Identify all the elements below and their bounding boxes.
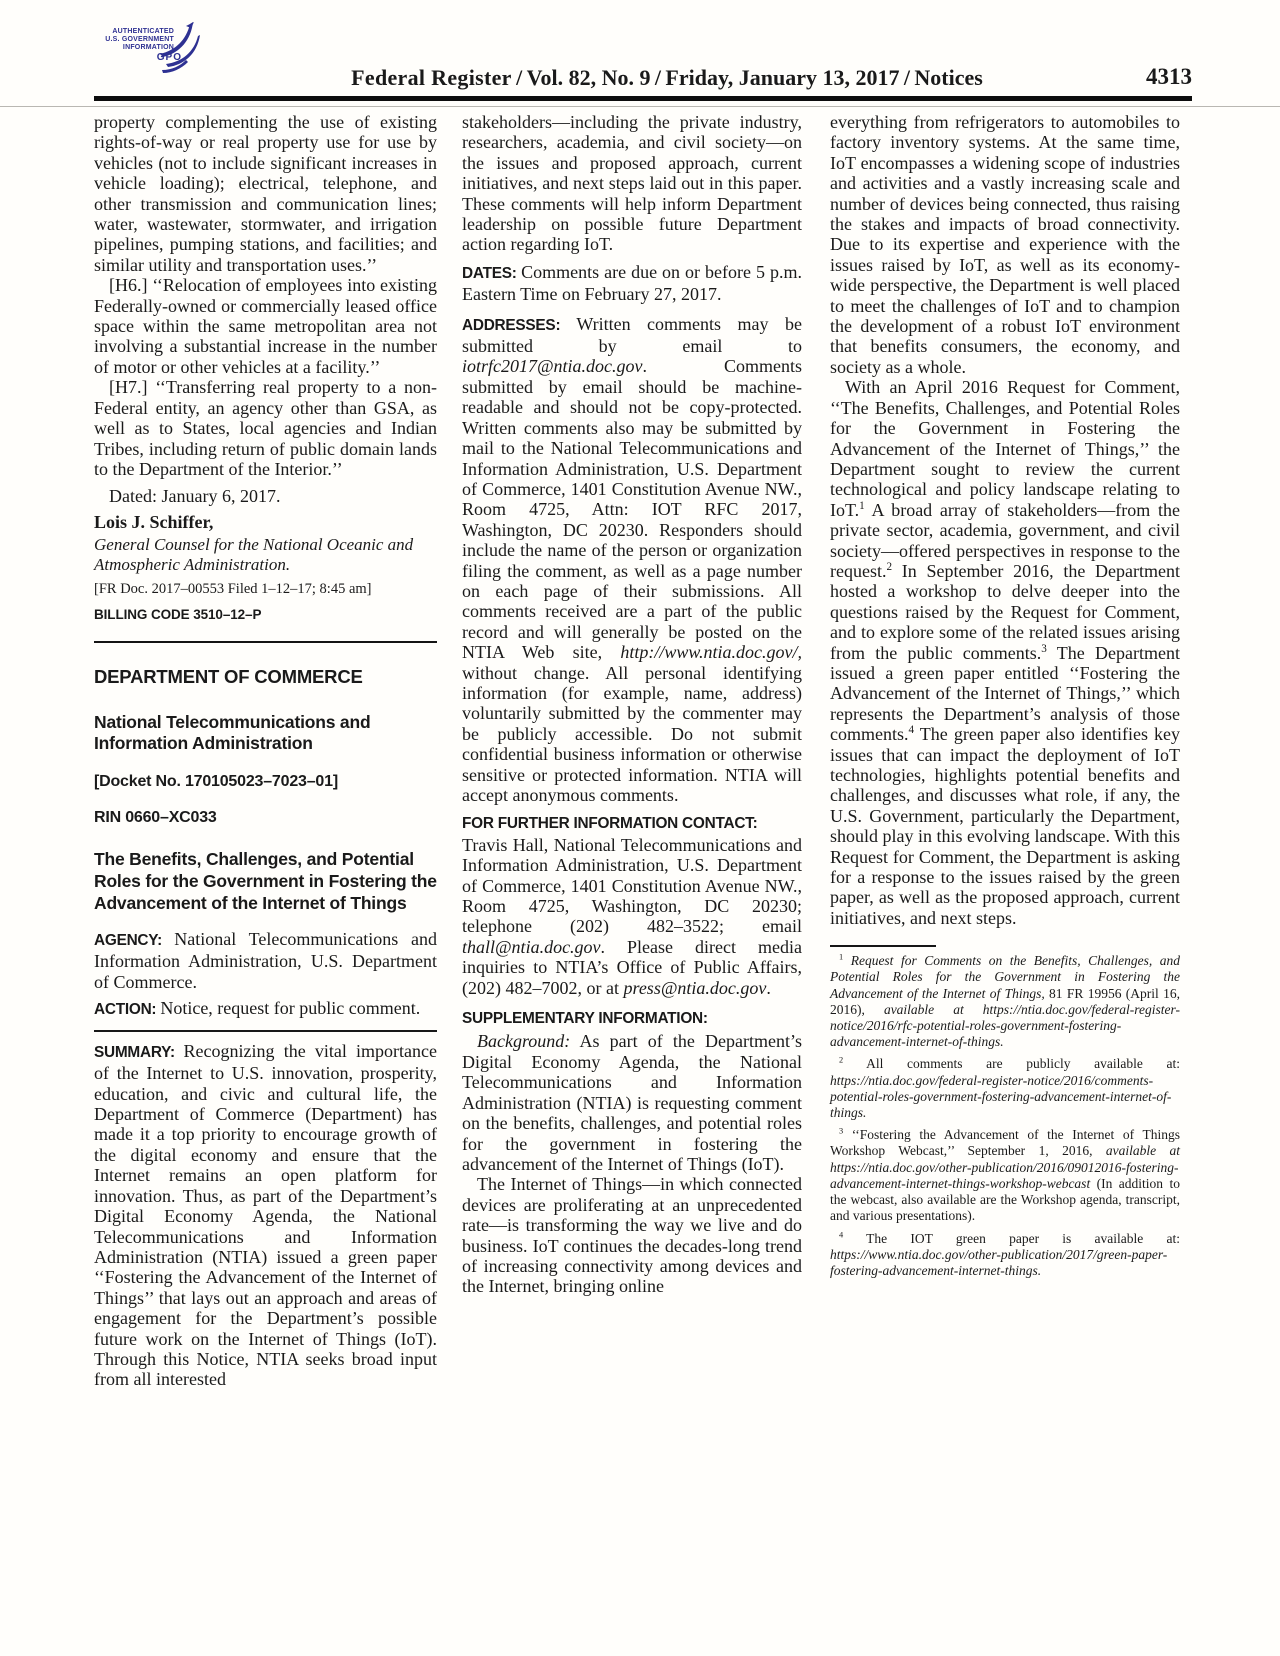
section-divider-rule xyxy=(94,641,437,643)
action-paragraph: ACTION: Notice, request for public comme… xyxy=(94,998,437,1020)
everything-continuation-paragraph: everything from refrigerators to automob… xyxy=(830,112,1180,377)
dated-line: Dated: January 6, 2017. xyxy=(94,486,437,506)
billing-code: BILLING CODE 3510–12–P xyxy=(94,607,437,622)
federal-register-page: AUTHENTICATED U.S. GOVERNMENT INFORMATIO… xyxy=(0,0,1280,1656)
footnote-1: 1 Request for Comments on the Benefits, … xyxy=(830,953,1180,1050)
footnote-rule xyxy=(830,945,936,947)
footnote-3: 3 ‘‘Fostering the Advancement of the Int… xyxy=(830,1127,1180,1224)
footnote-2: 2 All comments are publicly available at… xyxy=(830,1056,1180,1121)
stakeholders-continuation-paragraph: stakeholders—including the private indus… xyxy=(462,112,802,255)
agency-paragraph: AGENCY: National Telecommunications and … xyxy=(94,929,437,992)
rin-number: RIN 0660–XC033 xyxy=(94,808,437,827)
background-paragraph: Background: As part of the Department’s … xyxy=(462,1031,802,1174)
paragraph-property-uses: property complementing the use of existi… xyxy=(94,112,437,275)
summary-paragraph: SUMMARY: Recognizing the vital importanc… xyxy=(94,1041,437,1390)
header-rule xyxy=(94,96,1192,101)
column-1: property complementing the use of existi… xyxy=(94,112,437,1390)
fr-doc-line: [FR Doc. 2017–00553 Filed 1–12–17; 8:45 … xyxy=(94,581,437,598)
page-number: 4313 xyxy=(1146,64,1192,90)
document-title: The Benefits, Challenges, and Potential … xyxy=(94,848,437,914)
supplementary-information-heading: SUPPLEMENTARY INFORMATION: xyxy=(462,1009,802,1029)
running-head-title: Federal Register xyxy=(351,65,512,90)
gpo-eagle-icon xyxy=(156,20,202,78)
addresses-paragraph: ADDRESSES: Written comments may be submi… xyxy=(462,314,802,806)
summary-divider-rule xyxy=(94,1030,437,1032)
docket-number: [Docket No. 170105023–7023–01] xyxy=(94,772,437,791)
signature-title: General Counsel for the National Oceanic… xyxy=(94,535,437,575)
column-2: stakeholders—including the private indus… xyxy=(462,112,802,1297)
signature-name: Lois J. Schiffer, xyxy=(94,512,437,533)
department-heading: DEPARTMENT OF COMMERCE xyxy=(94,666,437,688)
internet-of-things-paragraph: The Internet of Things—in which connecte… xyxy=(462,1174,802,1296)
footnote-4: 4 The IOT green paper is available at: h… xyxy=(830,1231,1180,1280)
april-2016-rfc-paragraph: With an April 2016 Request for Comment, … xyxy=(830,377,1180,928)
subagency-heading: National Telecommunications and Informat… xyxy=(94,712,437,755)
gpo-authenticated-logo: AUTHENTICATED U.S. GOVERNMENT INFORMATIO… xyxy=(92,20,202,78)
column-3: everything from refrigerators to automob… xyxy=(830,112,1180,1279)
paragraph-h6: [H6.] ‘‘Relocation of employees into exi… xyxy=(94,275,437,377)
paragraph-h7: [H7.] ‘‘Transferring real property to a … xyxy=(94,377,437,479)
contact-paragraph: FOR FURTHER INFORMATION CONTACT:Travis H… xyxy=(462,814,802,998)
running-head: Federal Register / Vol. 82, No. 9 / Frid… xyxy=(224,66,1110,90)
running-head-issue: / Vol. 82, No. 9 / Friday, January 13, 2… xyxy=(512,65,983,90)
dates-paragraph: DATES: Comments are due on or before 5 p… xyxy=(462,262,802,305)
header-rule-thin xyxy=(0,106,1280,107)
